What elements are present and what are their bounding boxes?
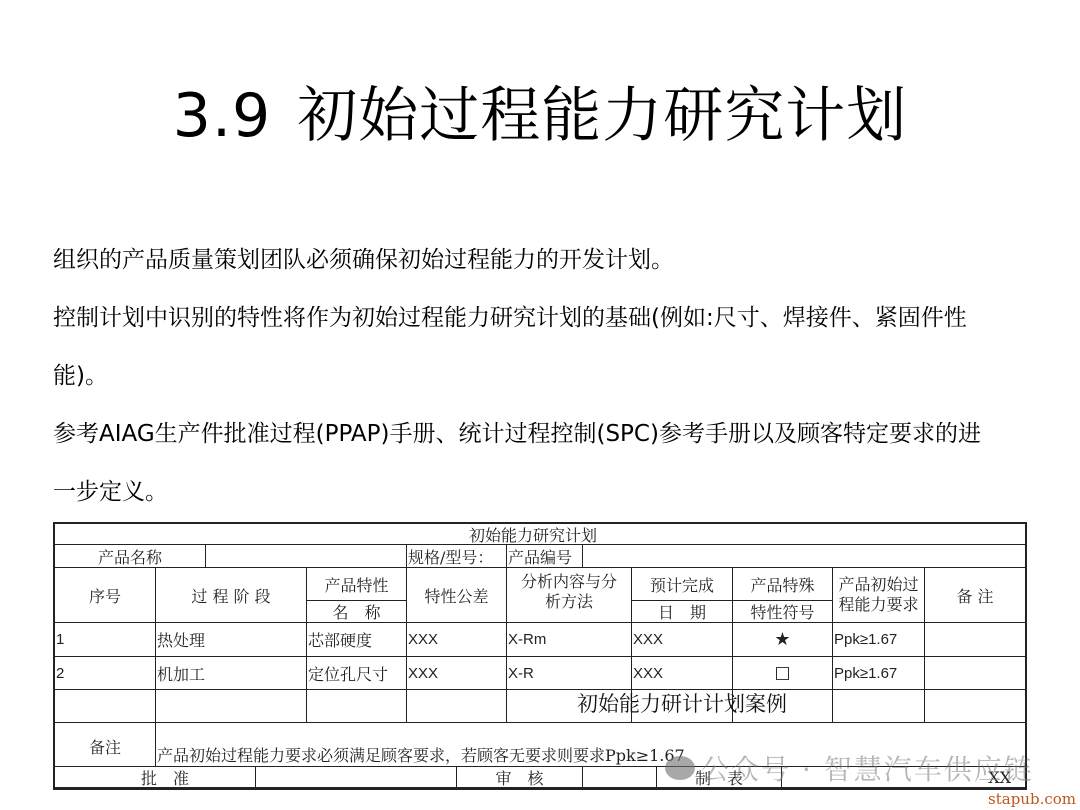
row3-tolerance <box>407 690 507 723</box>
row3-seq <box>55 690 156 723</box>
row1-tolerance: XXX <box>407 623 507 657</box>
paragraph-2-line-2: 能)。 <box>53 347 1033 405</box>
section-number: 3.9 <box>173 81 271 151</box>
page-title: 3.9初始过程能力研究计划 <box>0 76 1080 156</box>
row1-capability: Ppk≥1.67 <box>833 623 925 657</box>
watermark: 公众号 · 智慧汽车供应链 <box>665 748 1034 788</box>
row3-characteristic <box>307 690 407 723</box>
paragraph-3-line-1: 参考AIAG生产件批准过程(PPAP)手册、统计过程控制(SPC)参考手册以及顾… <box>53 405 1033 463</box>
header-seq: 序号 <box>55 568 156 623</box>
paragraph-1: 组织的产品质量策划团队必须确保初始过程能力的开发计划。 <box>53 231 1033 289</box>
paragraph-2-line-1: 控制计划中识别的特性将作为初始过程能力研究计划的基础(例如:尺寸、焊接件、紧固件… <box>53 289 1033 347</box>
table-title: 初始能力研究计划 <box>55 524 1025 545</box>
header-special-bottom: 特性符号 <box>733 601 833 623</box>
row1-seq: 1 <box>55 623 156 657</box>
paragraph-3-line-2: 一步定义。 <box>53 463 1033 521</box>
part-number-label: 产品编号 <box>507 545 583 568</box>
review-label: 审 核 <box>457 767 583 788</box>
row2-planned-date: XXX <box>632 657 733 690</box>
header-capability: 产品初始过 程能力要求 <box>833 568 925 623</box>
part-number-value[interactable] <box>583 545 1025 568</box>
header-special-top: 产品特殊 <box>733 568 833 601</box>
product-name-label: 产品名称 <box>55 545 206 568</box>
section-title: 初始过程能力研究计划 <box>297 81 907 151</box>
header-analysis: 分析内容与分 析方法 <box>507 568 632 623</box>
row1-planned-date: XXX <box>632 623 733 657</box>
header-tolerance: 特性公差 <box>407 568 507 623</box>
approve-value[interactable] <box>256 767 457 788</box>
header-remarks: 备 注 <box>925 568 1025 623</box>
row3-remarks <box>925 690 1025 723</box>
star-icon: ★ <box>733 623 833 657</box>
watermark-text: 公众号 · 智慧汽车供应链 <box>701 753 1034 786</box>
header-analysis-line2: 析方法 <box>545 592 593 612</box>
row1-stage: 热处理 <box>156 623 307 657</box>
row1-analysis: X-Rm <box>507 623 632 657</box>
product-name-value[interactable] <box>206 545 407 568</box>
row3-capability <box>833 690 925 723</box>
row2-stage: 机加工 <box>156 657 307 690</box>
row2-analysis: X-R <box>507 657 632 690</box>
row2-capability: Ppk≥1.67 <box>833 657 925 690</box>
row2-remarks <box>925 657 1025 690</box>
row2-tolerance: XXX <box>407 657 507 690</box>
header-stage: 过 程 阶 段 <box>156 568 307 623</box>
header-capability-line1: 产品初始过 <box>838 575 918 595</box>
notes-label: 备注 <box>55 723 156 767</box>
row2-characteristic: 定位孔尺寸 <box>307 657 407 690</box>
square-icon: □ <box>733 657 833 690</box>
row1-characteristic: 芯部硬度 <box>307 623 407 657</box>
approve-label: 批 准 <box>55 767 256 788</box>
row3-stage <box>156 690 307 723</box>
row2-seq: 2 <box>55 657 156 690</box>
spec-model-label: 规格/型号： <box>407 545 507 568</box>
review-value[interactable] <box>583 767 657 788</box>
site-watermark: stapub.com <box>988 790 1076 808</box>
row1-remarks <box>925 623 1025 657</box>
case-caption: 初始能力研计计划案例 <box>577 690 787 718</box>
header-analysis-line1: 分析内容与分 <box>521 572 617 592</box>
header-characteristic-bottom: 名 称 <box>307 601 407 623</box>
header-capability-line2: 程能力要求 <box>838 595 918 615</box>
header-planned-top: 预计完成 <box>632 568 733 601</box>
header-planned-bottom: 日 期 <box>632 601 733 623</box>
header-characteristic-top: 产品特性 <box>307 568 407 601</box>
wechat-icon <box>665 756 695 780</box>
